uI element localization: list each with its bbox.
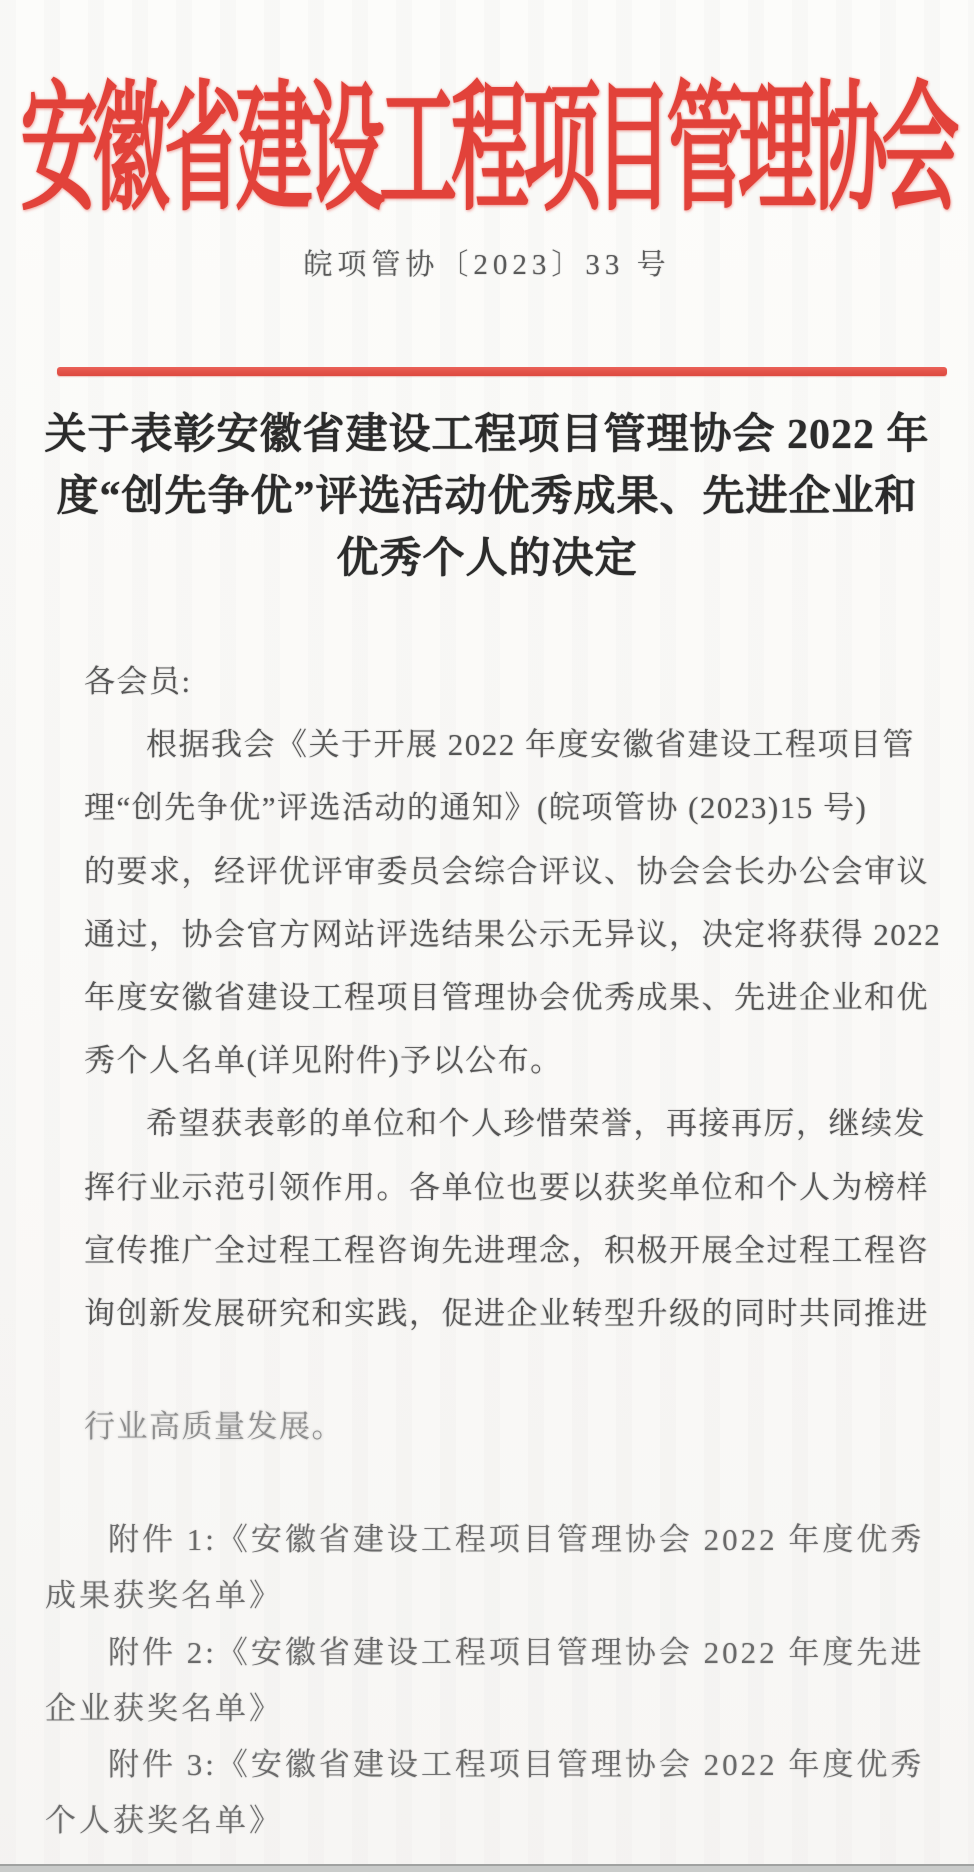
body-line: 的要求，经评优评审委员会综合评议、协会会长办公会审议 (84, 840, 924, 903)
attachment-line: 附件 3:《安徽省建设工程项目管理协会 2022 年度优秀 (45, 1737, 950, 1793)
body-line: 根据我会《关于开展 2022 年度安徽省建设工程项目管 (84, 713, 924, 776)
body-line: 秀个人名单(详见附件)予以公布。 (84, 1029, 924, 1092)
document-number: 皖项管协〔2023〕33 号 (0, 246, 974, 284)
body-line: 年度安徽省建设工程项目管理协会优秀成果、先进企业和优 (84, 966, 924, 1029)
body-line: 宣传推广全过程工程咨询先进理念，积极开展全过程工程咨 (84, 1219, 924, 1282)
org-title-red-header: 安徽省建设工程项目管理协会 (15, 36, 960, 237)
body-line: 通过，协会官方网站评选结果公示无异议，决定将获得 2022 (84, 903, 924, 966)
attachment-line: 个人获奖名单》 (45, 1793, 950, 1849)
document-title: 关于表彰安徽省建设工程项目管理协会 2022 年 度“创先争优”评选活动优秀成果… (0, 404, 974, 590)
attachment-line: 附件 1:《安徽省建设工程项目管理协会 2022 年度优秀 (45, 1512, 950, 1568)
document-title-line: 优秀个人的决定 (0, 528, 974, 590)
body-text: 各会员: 根据我会《关于开展 2022 年度安徽省建设工程项目管 理“创先争优”… (84, 650, 924, 1458)
attachments-list: 附件 1:《安徽省建设工程项目管理协会 2022 年度优秀 成果获奖名单》 附件… (45, 1512, 950, 1850)
body-line: 行业高质量发展。 (84, 1395, 924, 1458)
document-page: 安徽省建设工程项目管理协会 皖项管协〔2023〕33 号 关于表彰安徽省建设工程… (0, 0, 974, 1872)
document-title-line: 关于表彰安徽省建设工程项目管理协会 2022 年 (0, 404, 974, 466)
scan-bottom-edge (0, 1864, 974, 1872)
body-line: 挥行业示范引领作用。各单位也要以获奖单位和个人为榜样 (84, 1156, 924, 1219)
attachment-line: 企业获奖名单》 (45, 1681, 950, 1737)
salutation: 各会员: (84, 650, 924, 713)
attachment-line: 成果获奖名单》 (45, 1568, 950, 1624)
document-title-line: 度“创先争优”评选活动优秀成果、先进企业和 (0, 466, 974, 528)
body-line: 理“创先争优”评选活动的通知》(皖项管协 (2023)15 号) (84, 776, 924, 839)
red-divider-rule (57, 367, 947, 376)
body-line: 询创新发展研究和实践，促进企业转型升级的同时共同推进 (84, 1282, 924, 1345)
body-line: 希望获表彰的单位和个人珍惜荣誉，再接再厉，继续发 (84, 1092, 924, 1155)
attachment-line: 附件 2:《安徽省建设工程项目管理协会 2022 年度先进 (45, 1625, 950, 1681)
